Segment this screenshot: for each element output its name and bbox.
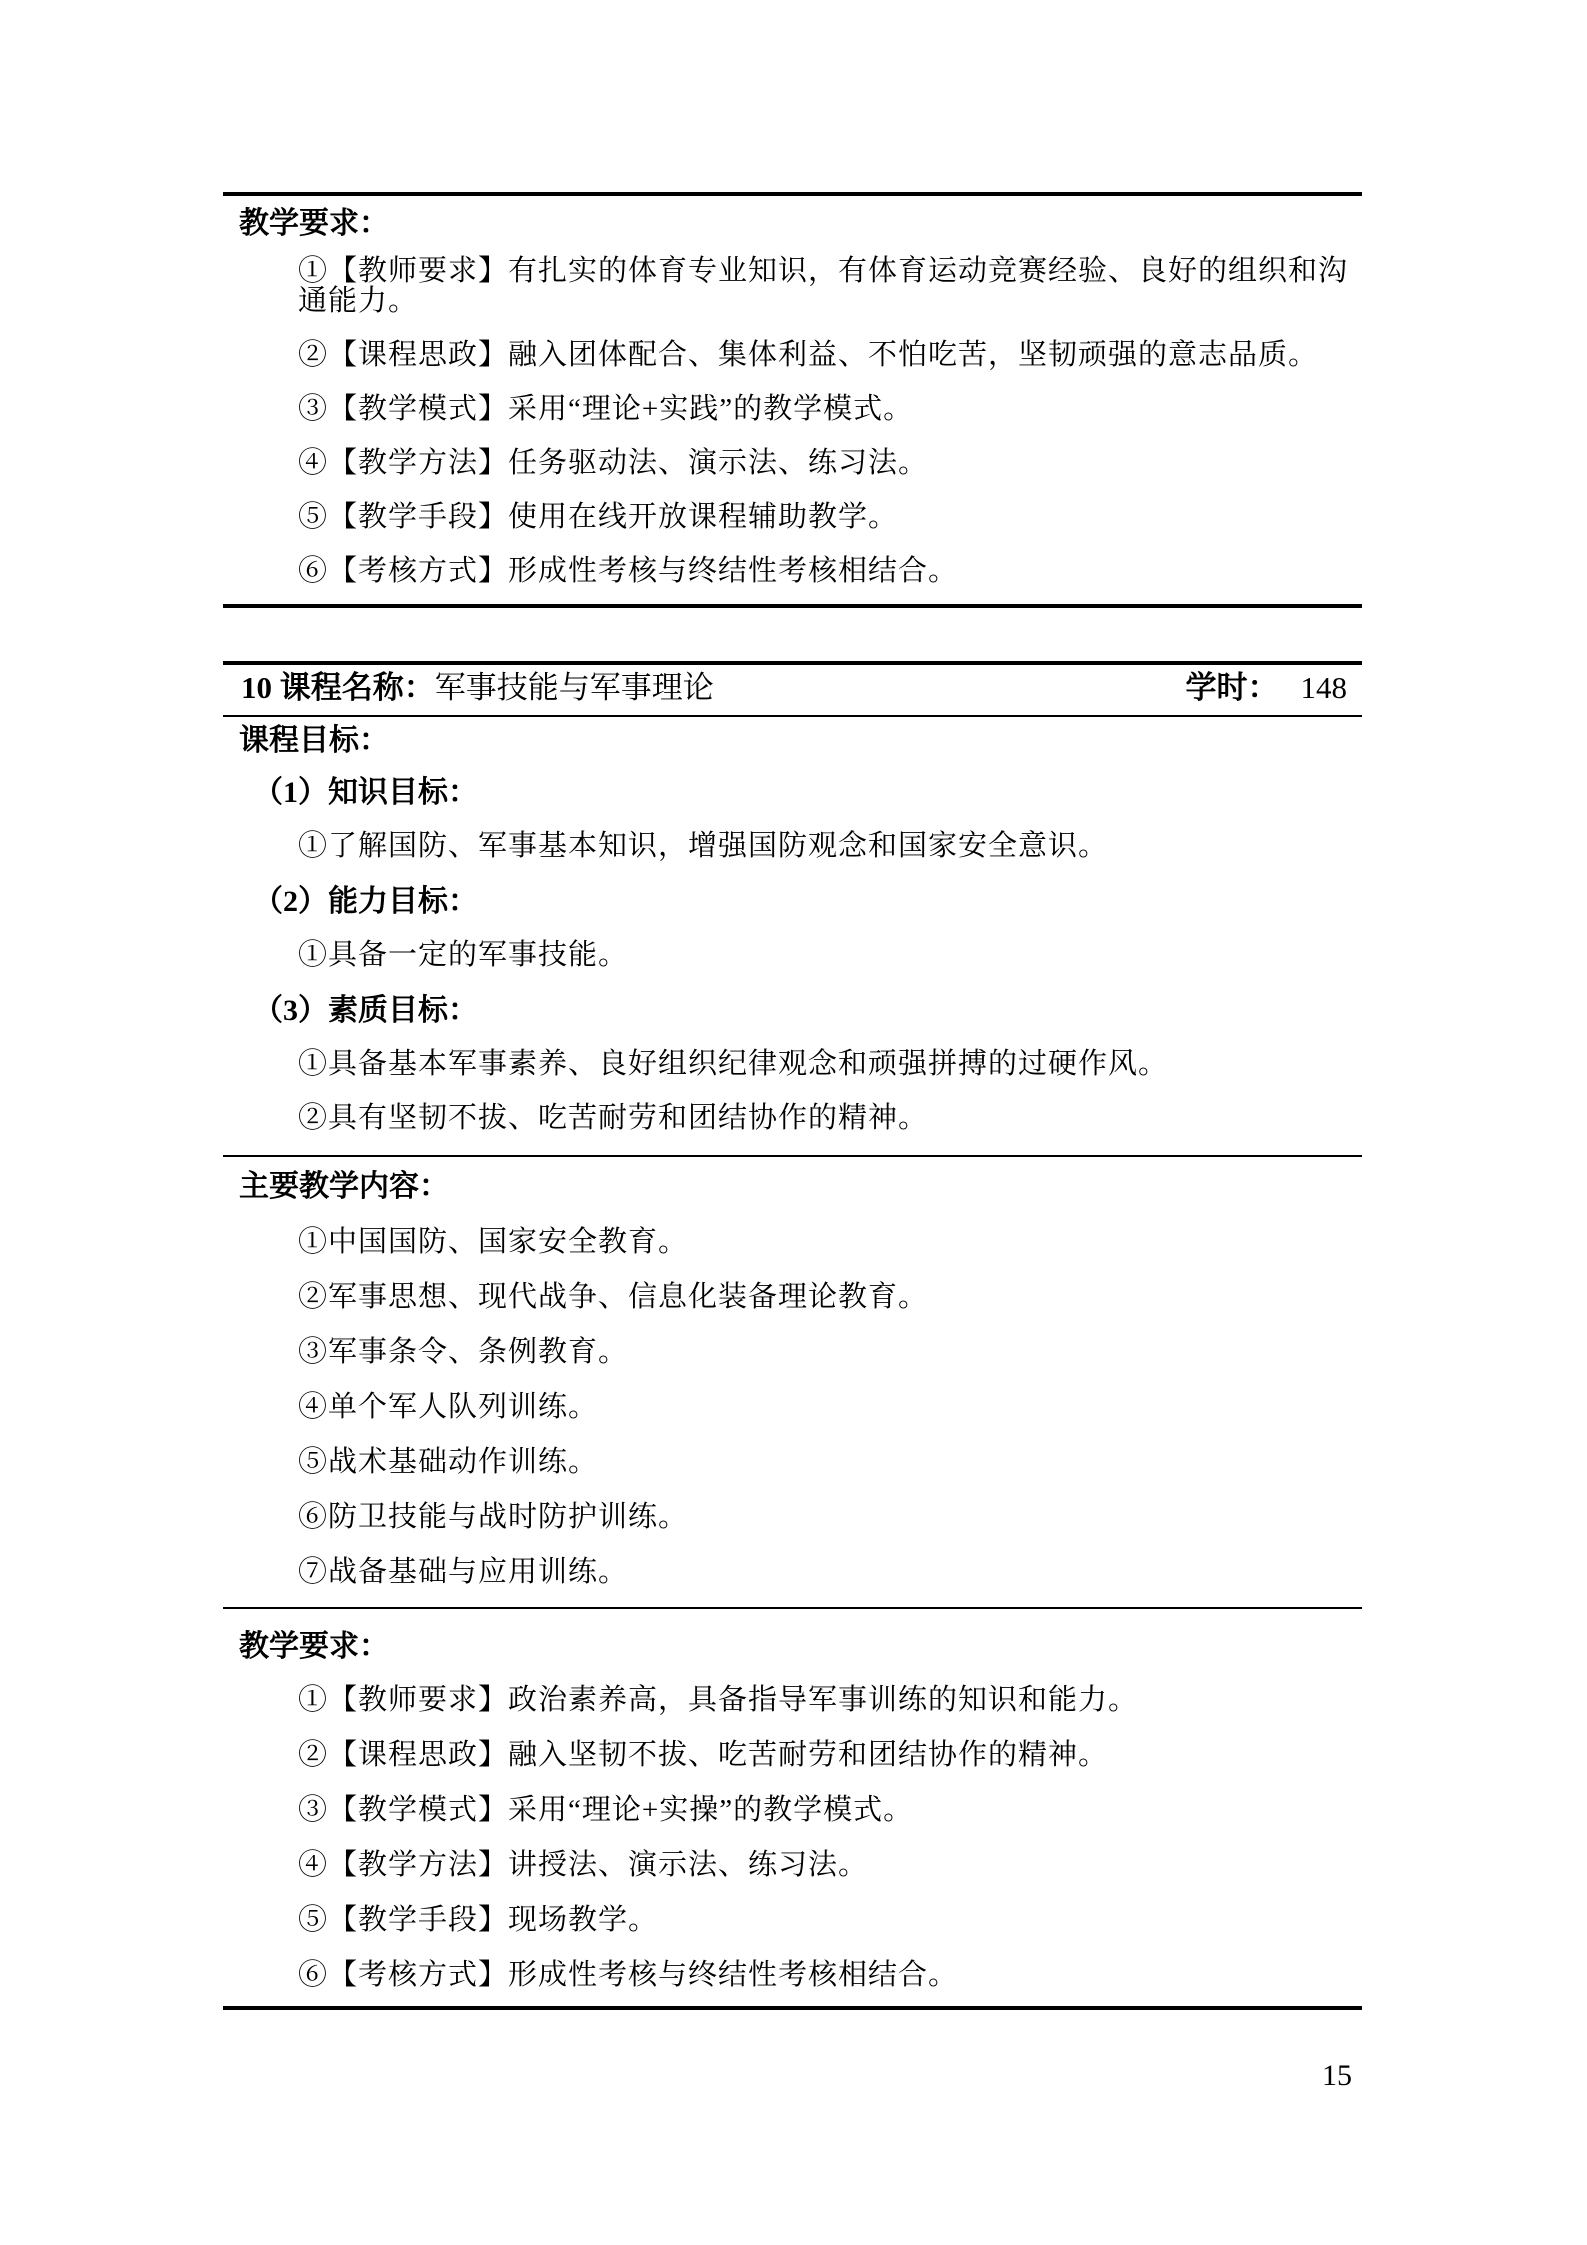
course-name: 军事技能与军事理论 (435, 670, 714, 705)
course-name-label: 课程名称： (280, 670, 435, 705)
document-page: 教学要求： ①【教师要求】有扎实的体育专业知识，有体育运动竞赛经验、良好的组织和… (0, 0, 1587, 2245)
course-bottom-double-rule (223, 2006, 1362, 2010)
course-hours: 学时：148 (1186, 671, 1348, 705)
course-number: 10 (241, 670, 272, 705)
content-item: ①中国国防、国家安全教育。 (298, 1227, 1362, 1257)
objectives-heading: 课程目标： (239, 725, 1362, 757)
requirement-item: ①【教师要求】有扎实的体育专业知识，有体育运动竞赛经验、良好的组织和沟通能力。 (298, 256, 1362, 316)
requirement-item: ③【教学模式】采用“理论+实践”的教学模式。 (298, 394, 1362, 424)
requirement-item: ④【教学方法】任务驱动法、演示法、练习法。 (298, 448, 1362, 478)
main-content-heading: 主要教学内容： (239, 1171, 1362, 1203)
content-item: ⑥防卫技能与战时防护训练。 (298, 1502, 1362, 1532)
prev-requirements-heading: 教学要求： (239, 208, 1362, 240)
section-top-double-rule (223, 192, 1362, 196)
page-number: 15 (1322, 2060, 1352, 2092)
requirements-heading: 教学要求： (239, 1631, 1362, 1663)
content-item: ⑤战术基础动作训练。 (298, 1447, 1362, 1477)
requirement-item: ⑥【考核方式】形成性考核与终结性考核相结合。 (298, 556, 1362, 586)
objective-item: ②具有坚韧不拔、吃苦耐劳和团结协作的精神。 (298, 1103, 1362, 1133)
content-item: ⑦战备基础与应用训练。 (298, 1557, 1362, 1587)
header-bottom-rule (223, 715, 1362, 717)
course-hours-value: 148 (1301, 670, 1348, 705)
requirement-item: ⑥【考核方式】形成性考核与终结性考核相结合。 (298, 1960, 1362, 1990)
content-item: ③军事条令、条例教育。 (298, 1337, 1362, 1367)
requirement-item: ④【教学方法】讲授法、演示法、练习法。 (298, 1850, 1362, 1880)
objectives-bottom-rule (223, 1155, 1362, 1157)
requirement-item: ⑤【教学手段】使用在线开放课程辅助教学。 (298, 502, 1362, 532)
prev-course-requirements-section: 教学要求： ①【教师要求】有扎实的体育专业知识，有体育运动竞赛经验、良好的组织和… (223, 192, 1362, 608)
document-content: 教学要求： ①【教师要求】有扎实的体育专业知识，有体育运动竞赛经验、良好的组织和… (223, 192, 1362, 2010)
ability-objectives-label: （2）能力目标： (253, 886, 1362, 918)
section-bottom-double-rule (223, 604, 1362, 608)
course-title: 10 课程名称：军事技能与军事理论 (241, 671, 714, 705)
course-header-row: 10 课程名称：军事技能与军事理论 学时：148 (223, 665, 1362, 715)
requirement-item: ①【教师要求】政治素养高，具备指导军事训练的知识和能力。 (298, 1685, 1362, 1715)
objective-item: ①具备一定的军事技能。 (298, 940, 1362, 970)
requirement-item: ②【课程思政】融入坚韧不拔、吃苦耐劳和团结协作的精神。 (298, 1740, 1362, 1770)
requirement-item: ③【教学模式】采用“理论+实操”的教学模式。 (298, 1795, 1362, 1825)
requirement-item: ②【课程思政】融入团体配合、集体利益、不怕吃苦，坚韧顽强的意志品质。 (298, 340, 1362, 370)
knowledge-objectives-label: （1）知识目标： (253, 777, 1362, 809)
course-10-section: 10 课程名称：军事技能与军事理论 学时：148 课程目标： （1）知识目标： … (223, 661, 1362, 2010)
objective-item: ①具备基本军事素养、良好组织纪律观念和顽强拼搏的过硬作风。 (298, 1049, 1362, 1079)
objective-item: ①了解国防、军事基本知识，增强国防观念和国家安全意识。 (298, 831, 1362, 861)
quality-objectives-label: （3）素质目标： (253, 995, 1362, 1027)
requirement-item: ⑤【教学手段】现场教学。 (298, 1905, 1362, 1935)
content-item: ④单个军人队列训练。 (298, 1392, 1362, 1422)
course-hours-label: 学时： (1186, 670, 1279, 705)
content-item: ②军事思想、现代战争、信息化装备理论教育。 (298, 1282, 1362, 1312)
content-bottom-rule (223, 1607, 1362, 1609)
